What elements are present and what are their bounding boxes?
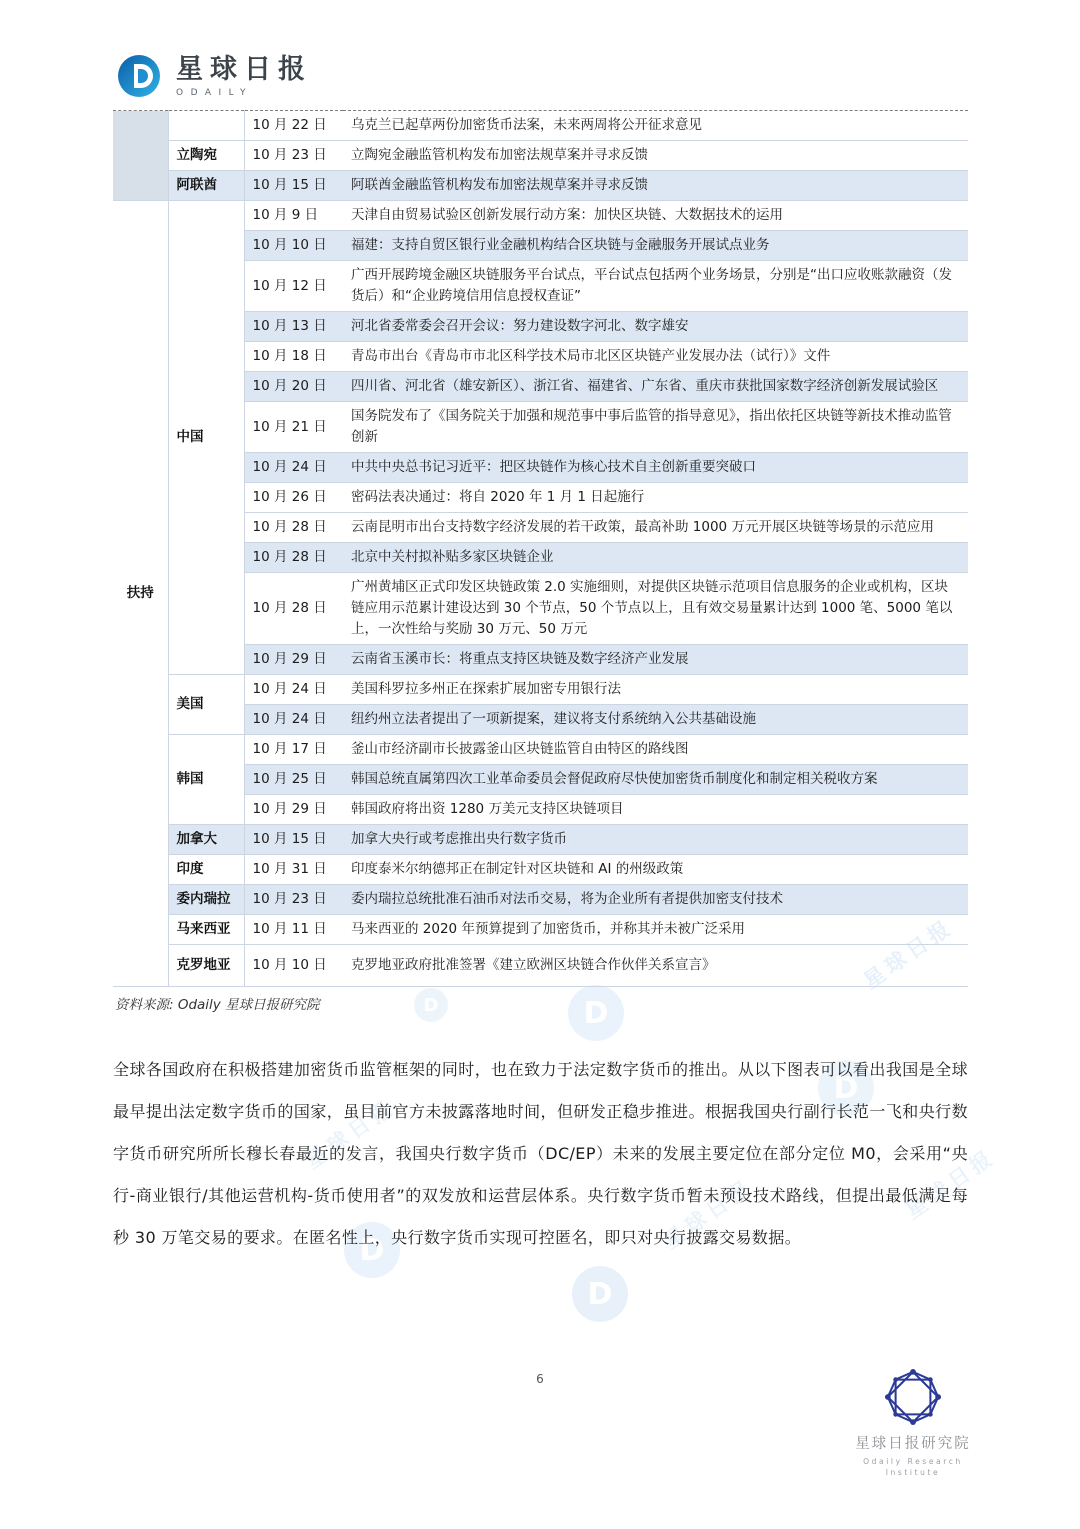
brand-logo: 星球日报 ODAILY	[118, 55, 312, 98]
date-cell: 10 月 12 日	[244, 261, 343, 312]
desc-cell: 青岛市出台《青岛市市北区科学技术局市北区区块链产业发展办法（试行）》文件	[343, 342, 968, 372]
odaily-watermark-icon: D	[572, 1266, 628, 1322]
desc-cell: 云南昆明市出台支持数字经济发展的若干政策，最高补助 1000 万元开展区块链等场…	[343, 513, 968, 543]
date-cell: 10 月 21 日	[244, 402, 343, 453]
desc-cell: 国务院发布了《国务院关于加强和规范事中事后监管的指导意见》，指出依托区块链等新技…	[343, 402, 968, 453]
country-cell: 美国	[168, 675, 244, 735]
date-cell: 10 月 26 日	[244, 483, 343, 513]
category-cell: 扶持	[113, 201, 168, 987]
date-cell: 10 月 28 日	[244, 573, 343, 645]
desc-cell: 美国科罗拉多州正在探索扩展加密专用银行法	[343, 675, 968, 705]
institute-polygon-icon	[884, 1368, 942, 1426]
brand-name: 星球日报	[176, 55, 312, 85]
desc-cell: 立陶宛金融监管机构发布加密法规草案并寻求反馈	[343, 141, 968, 171]
table-row: 印度10 月 31 日印度泰米尔纳德邦正在制定针对区块链和 AI 的州级政策	[113, 855, 968, 885]
country-cell: 克罗地亚	[168, 945, 244, 987]
date-cell: 10 月 24 日	[244, 675, 343, 705]
desc-cell: 纽约州立法者提出了一项新提案，建议将支付系统纳入公共基础设施	[343, 705, 968, 735]
content-column: 10 月 22 日乌克兰已起草两份加密货币法案，未来两周将公开征求意见立陶宛10…	[113, 110, 968, 1259]
desc-cell: 中共中央总书记习近平：把区块链作为核心技术自主创新重要突破口	[343, 453, 968, 483]
date-cell: 10 月 9 日	[244, 201, 343, 231]
institute-logo: 星球日报研究院 Odaily Research Institute	[848, 1368, 978, 1478]
desc-cell: 印度泰米尔纳德邦正在制定针对区块链和 AI 的州级政策	[343, 855, 968, 885]
date-cell: 10 月 24 日	[244, 453, 343, 483]
country-cell: 韩国	[168, 735, 244, 825]
country-cell: 加拿大	[168, 825, 244, 855]
table-row: 加拿大10 月 15 日加拿大央行或考虑推出央行数字货币	[113, 825, 968, 855]
source-note: 资料来源: Odaily 星球日报研究院	[115, 993, 968, 1013]
brand-subtitle: ODAILY	[176, 88, 312, 98]
country-cell: 阿联酋	[168, 171, 244, 201]
table-row: 委内瑞拉10 月 23 日委内瑞拉总统批准石油币对法币交易，将为企业所有者提供加…	[113, 885, 968, 915]
desc-cell: 韩国政府将出资 1280 万美元支持区块链项目	[343, 795, 968, 825]
country-cell: 印度	[168, 855, 244, 885]
desc-cell: 广州黄埔区正式印发区块链政策 2.0 实施细则，对提供区块链示范项目信息服务的企…	[343, 573, 968, 645]
table-row: 克罗地亚10 月 10 日克罗地亚政府批准签署《建立欧洲区块链合作伙伴关系宣言》	[113, 945, 968, 987]
desc-cell: 加拿大央行或考虑推出央行数字货币	[343, 825, 968, 855]
desc-cell: 四川省、河北省（雄安新区）、浙江省、福建省、广东省、重庆市获批国家数字经济创新发…	[343, 372, 968, 402]
date-cell: 10 月 23 日	[244, 885, 343, 915]
date-cell: 10 月 15 日	[244, 171, 343, 201]
table-row: 立陶宛10 月 23 日立陶宛金融监管机构发布加密法规草案并寻求反馈	[113, 141, 968, 171]
date-cell: 10 月 13 日	[244, 312, 343, 342]
date-cell: 10 月 15 日	[244, 825, 343, 855]
date-cell: 10 月 10 日	[244, 231, 343, 261]
date-cell: 10 月 20 日	[244, 372, 343, 402]
desc-cell: 阿联酋金融监管机构发布加密法规草案并寻求反馈	[343, 171, 968, 201]
institute-name-en: Odaily Research Institute	[848, 1456, 978, 1478]
date-cell: 10 月 18 日	[244, 342, 343, 372]
table-row: 扶持中国10 月 9 日天津自由贸易试验区创新发展行动方案：加快区块链、大数据技…	[113, 201, 968, 231]
country-cell: 马来西亚	[168, 915, 244, 945]
odaily-d-icon	[118, 55, 160, 97]
date-cell: 10 月 11 日	[244, 915, 343, 945]
desc-cell: 福建：支持自贸区银行业金融机构结合区块链与金融服务开展试点业务	[343, 231, 968, 261]
date-cell: 10 月 23 日	[244, 141, 343, 171]
news-table: 10 月 22 日乌克兰已起草两份加密货币法案，未来两周将公开征求意见立陶宛10…	[113, 110, 968, 987]
report-page: D D D D D 星球日报 星球日报 星球日报 星球日报 星球日报 ODAIL…	[0, 0, 1080, 1529]
desc-cell: 北京中关村拟补贴多家区块链企业	[343, 543, 968, 573]
desc-cell: 委内瑞拉总统批准石油币对法币交易，将为企业所有者提供加密支付技术	[343, 885, 968, 915]
desc-cell: 韩国总统直属第四次工业革命委员会督促政府尽快使加密货币制度化和制定相关税收方案	[343, 765, 968, 795]
institute-name-cn: 星球日报研究院	[848, 1432, 978, 1453]
desc-cell: 密码法表决通过：将自 2020 年 1 月 1 日起施行	[343, 483, 968, 513]
table-row: 美国10 月 24 日美国科罗拉多州正在探索扩展加密专用银行法	[113, 675, 968, 705]
date-cell: 10 月 31 日	[244, 855, 343, 885]
date-cell: 10 月 22 日	[244, 111, 343, 141]
table-row: 阿联酋10 月 15 日阿联酋金融监管机构发布加密法规草案并寻求反馈	[113, 171, 968, 201]
date-cell: 10 月 10 日	[244, 945, 343, 987]
date-cell: 10 月 28 日	[244, 543, 343, 573]
desc-cell: 天津自由贸易试验区创新发展行动方案：加快区块链、大数据技术的运用	[343, 201, 968, 231]
country-cell	[168, 111, 244, 141]
desc-cell: 釜山市经济副市长披露釜山区块链监管自由特区的路线图	[343, 735, 968, 765]
desc-cell: 乌克兰已起草两份加密货币法案，未来两周将公开征求意见	[343, 111, 968, 141]
date-cell: 10 月 17 日	[244, 735, 343, 765]
table-row: 韩国10 月 17 日釜山市经济副市长披露釜山区块链监管自由特区的路线图	[113, 735, 968, 765]
country-cell: 委内瑞拉	[168, 885, 244, 915]
date-cell: 10 月 28 日	[244, 513, 343, 543]
table-row: 马来西亚10 月 11 日马来西亚的 2020 年预算提到了加密货币，并称其并未…	[113, 915, 968, 945]
desc-cell: 克罗地亚政府批准签署《建立欧洲区块链合作伙伴关系宣言》	[343, 945, 968, 987]
desc-cell: 马来西亚的 2020 年预算提到了加密货币，并称其并未被广泛采用	[343, 915, 968, 945]
date-cell: 10 月 29 日	[244, 795, 343, 825]
date-cell: 10 月 29 日	[244, 645, 343, 675]
body-paragraph: 全球各国政府在积极搭建加密货币监管框架的同时，也在致力于法定数字货币的推出。从以…	[113, 1049, 968, 1259]
category-cell	[113, 111, 168, 201]
date-cell: 10 月 24 日	[244, 705, 343, 735]
country-cell: 立陶宛	[168, 141, 244, 171]
desc-cell: 广西开展跨境金融区块链服务平台试点，平台试点包括两个业务场景，分别是“出口应收账…	[343, 261, 968, 312]
country-cell: 中国	[168, 201, 244, 675]
desc-cell: 云南省玉溪市长：将重点支持区块链及数字经济产业发展	[343, 645, 968, 675]
desc-cell: 河北省委常委会召开会议：努力建设数字河北、数字雄安	[343, 312, 968, 342]
table-row: 10 月 22 日乌克兰已起草两份加密货币法案，未来两周将公开征求意见	[113, 111, 968, 141]
date-cell: 10 月 25 日	[244, 765, 343, 795]
